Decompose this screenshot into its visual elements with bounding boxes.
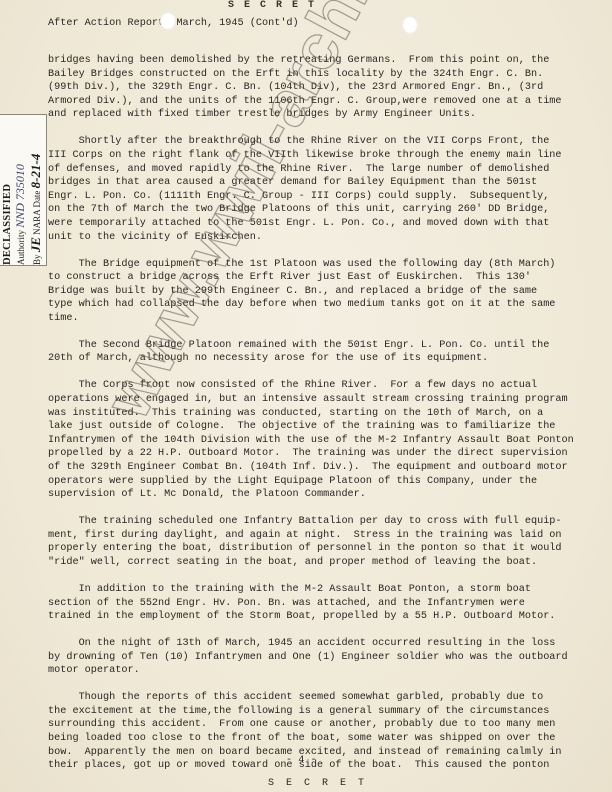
text-line: section of the 552nd Engr. Hv. Pon. Bn. … <box>48 597 608 611</box>
document-page: S E C R E T After Action Reports March, … <box>0 0 612 792</box>
text-line: was instituted. This training was conduc… <box>48 407 608 421</box>
paragraph: The Bridge equipment of the 1st Platoon … <box>48 258 608 326</box>
text-line: ment, first during daylight, and again a… <box>48 529 608 543</box>
stamp-by-value: JE <box>28 237 43 252</box>
text-line: to construct a bridge across the Erft Ri… <box>48 271 608 285</box>
text-line: properly entering the boat, distribution… <box>48 542 608 556</box>
punch-hole-left <box>160 12 176 30</box>
declassification-stamp: DECLASSIFIED Authority NND 735010 By JE … <box>0 114 47 266</box>
text-line: Infantrymen of the 104th Division with t… <box>48 434 608 448</box>
text-line: bow. Apparently the men on board became … <box>48 746 608 760</box>
top-classification-mark: S E C R E T <box>228 0 316 11</box>
text-line: type which had collapsed the day before … <box>48 298 608 312</box>
text-line: Shortly after the breakthrough to the Rh… <box>48 135 608 149</box>
text-line: On the night of 13th of March, 1945 an a… <box>48 637 608 651</box>
text-line: III Corps on the right flank of the VIIt… <box>48 149 608 163</box>
text-line: surrounding this accident. From one caus… <box>48 718 608 732</box>
text-line: Engr. L. Pon. Co. (1111th Engr. C. Group… <box>48 190 608 204</box>
text-line: operators were supplied by the Light Equ… <box>48 475 608 489</box>
text-line: motor operator. <box>48 664 608 678</box>
text-line: The Bridge equipment of the 1st Platoon … <box>48 258 608 272</box>
text-line: The Second Bridge Platoon remained with … <box>48 339 608 353</box>
stamp-by-label: By <box>32 254 42 265</box>
paragraph: On the night of 13th of March, 1945 an a… <box>48 637 608 678</box>
text-line: 20th of March, although no necessity aro… <box>48 352 608 366</box>
paragraph: Shortly after the breakthrough to the Rh… <box>48 135 608 244</box>
stamp-authority-label: Authority <box>16 230 26 265</box>
paragraph: In addition to the training with the M-2… <box>48 583 608 624</box>
stamp-nara-label: NARA Date <box>32 191 42 235</box>
text-line: the excitement at the time,the following… <box>48 705 608 719</box>
text-line: by drowning of Ten (10) Infantrymen and … <box>48 651 608 665</box>
footer-classification: S E C R E T <box>268 778 367 789</box>
paragraph: The Corps front now consisted of the Rhi… <box>48 379 608 501</box>
text-line: of defenses, and moved rapidly to the Rh… <box>48 163 608 177</box>
paragraph: The Second Bridge Platoon remained with … <box>48 339 608 366</box>
text-line: trained in the employment of the Storm B… <box>48 610 608 624</box>
text-line: on the 7th of March the two Bridge Plato… <box>48 203 608 217</box>
text-line: Armored Div.), and the units of the 1106… <box>48 95 608 109</box>
paragraph: The training scheduled one Infantry Batt… <box>48 515 608 569</box>
text-line: Bridge was built by the 299th Engineer C… <box>48 285 608 299</box>
page-number: - 4 - <box>286 755 317 766</box>
text-line: supervision of Lt. Mc Donald, the Platoo… <box>48 488 608 502</box>
stamp-authority-value: NND 735010 <box>13 164 27 228</box>
text-line: were temporarily attached to the 501st E… <box>48 217 608 231</box>
stamp-by-row: By JE NARA Date 8-21-4 <box>28 115 44 265</box>
text-line: being loaded too close to the front of t… <box>48 732 608 746</box>
text-line: of the 329th Engineer Combat Bn. (104th … <box>48 461 608 475</box>
text-line: Bailey Bridges constructed on the Erft i… <box>48 68 608 82</box>
document-body: bridges having been demolished by the re… <box>48 54 608 786</box>
text-line: bridges in that area caused a greater de… <box>48 176 608 190</box>
stamp-title: DECLASSIFIED <box>2 115 13 265</box>
text-line: (99th Div.), the 329th Engr. C. Bn. (104… <box>48 81 608 95</box>
text-line: The Corps front now consisted of the Rhi… <box>48 379 608 393</box>
stamp-authority-row: Authority NND 735010 <box>13 115 28 265</box>
text-line: operations were engaged in, but an inten… <box>48 393 608 407</box>
stamp-date-value: 8-21-4 <box>28 154 43 189</box>
text-line: and replaced with fixed timber trestle b… <box>48 108 608 122</box>
text-line: lake just outside of Cologne. The object… <box>48 420 608 434</box>
text-line: their places, got up or moved toward one… <box>48 759 608 773</box>
text-line: propelled by a 22 H.P. Outboard Motor. T… <box>48 447 608 461</box>
text-line: The training scheduled one Infantry Batt… <box>48 515 608 529</box>
text-line: Though the reports of this accident seem… <box>48 691 608 705</box>
text-line: bridges having been demolished by the re… <box>48 54 608 68</box>
paragraph: bridges having been demolished by the re… <box>48 54 608 122</box>
text-line: In addition to the training with the M-2… <box>48 583 608 597</box>
paragraph: Though the reports of this accident seem… <box>48 691 608 773</box>
text-line: time. <box>48 312 608 326</box>
text-line: "ride" well, correct seating in the boat… <box>48 556 608 570</box>
punch-hole-right <box>402 16 418 34</box>
text-line: unit to the vicinity of Euskirchen. <box>48 231 608 245</box>
